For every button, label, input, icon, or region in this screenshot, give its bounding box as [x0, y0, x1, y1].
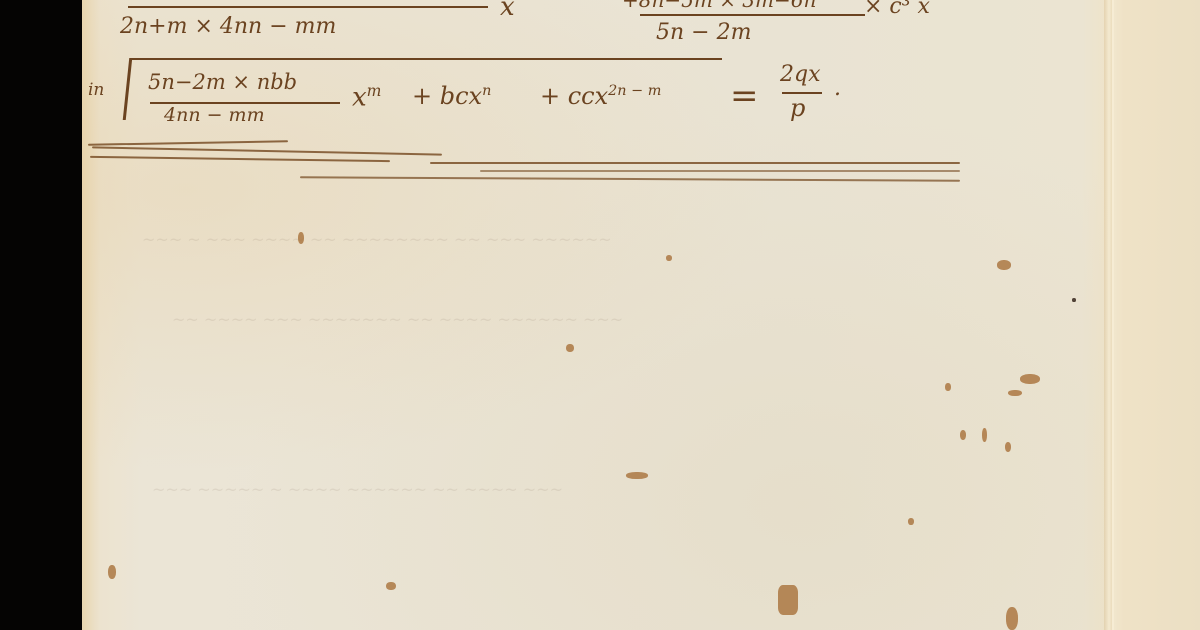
term-x-power-m: xm: [352, 82, 381, 113]
foxing-spot: [666, 255, 672, 261]
foxing-spot: [945, 383, 951, 391]
bleed-through-text: ~~~ ~~~~~ ~ ~~~~ ~~~~~~ ~~ ~~~~ ~~~: [152, 480, 563, 499]
foxing-spot: [298, 232, 304, 244]
foxing-spot: [626, 472, 648, 479]
fraction-bar: [128, 6, 488, 8]
expression-numerator-right: +8n−5m × 3m−6n: [622, 0, 816, 12]
foxing-spot: [1020, 374, 1040, 384]
bleed-through-text: ~~ ~~~~ ~~~ ~~~~~~~ ~~ ~~~~ ~~~~~~ ~~~: [172, 310, 623, 329]
term-base: + ccx: [540, 82, 608, 110]
term-exponent: m: [367, 82, 382, 100]
ink-dot: [1072, 298, 1076, 302]
expression-denominator-left: 2n+m × 4nn − mm: [120, 14, 336, 39]
underline-stroke: [430, 162, 960, 164]
foxing-spot: [997, 260, 1011, 270]
fraction-denominator: 4nn − mm: [164, 104, 265, 126]
equals-sign: =: [730, 76, 759, 116]
underline-stroke: [480, 170, 960, 172]
radical-overline: [132, 58, 722, 60]
foxing-spot: [566, 344, 574, 352]
prefix-in: in: [88, 80, 104, 100]
term-ccx-power: + ccx2n − m: [540, 82, 661, 110]
fraction-numerator: 5n−2m × nbb: [148, 70, 297, 94]
term-exponent: n: [482, 83, 491, 99]
foxing-spot: [960, 430, 966, 440]
adjacent-page-edge: [1112, 0, 1200, 630]
foxing-spot: [1008, 390, 1022, 396]
term-exponent: 2n − m: [608, 83, 661, 99]
expression-denominator-right: 5n − 2m: [656, 20, 751, 45]
fraction-bar: [640, 14, 865, 16]
expression-tail: × c³ x: [864, 0, 930, 19]
foxing-spot: [108, 565, 116, 579]
expression-variable: x: [500, 0, 515, 22]
term-base: + bcx: [412, 82, 482, 110]
foxing-spot: [1006, 607, 1018, 630]
terminal-period: .: [834, 76, 841, 101]
foxing-spot: [982, 428, 987, 442]
term-bcx-power-n: + bcxn: [412, 82, 491, 110]
foxing-spot: [386, 582, 396, 590]
foxing-spot: [1005, 442, 1011, 452]
rhs-numerator: 2qx: [780, 62, 821, 87]
bleed-through-text: ~~~ ~ ~~~ ~~~~ ~~ ~~~~~~~~ ~~ ~~~ ~~~~~~: [142, 230, 612, 249]
foxing-spot: [778, 585, 798, 615]
foxing-spot: [908, 518, 914, 525]
rhs-denominator: p: [790, 94, 805, 122]
term-base: x: [352, 83, 367, 113]
